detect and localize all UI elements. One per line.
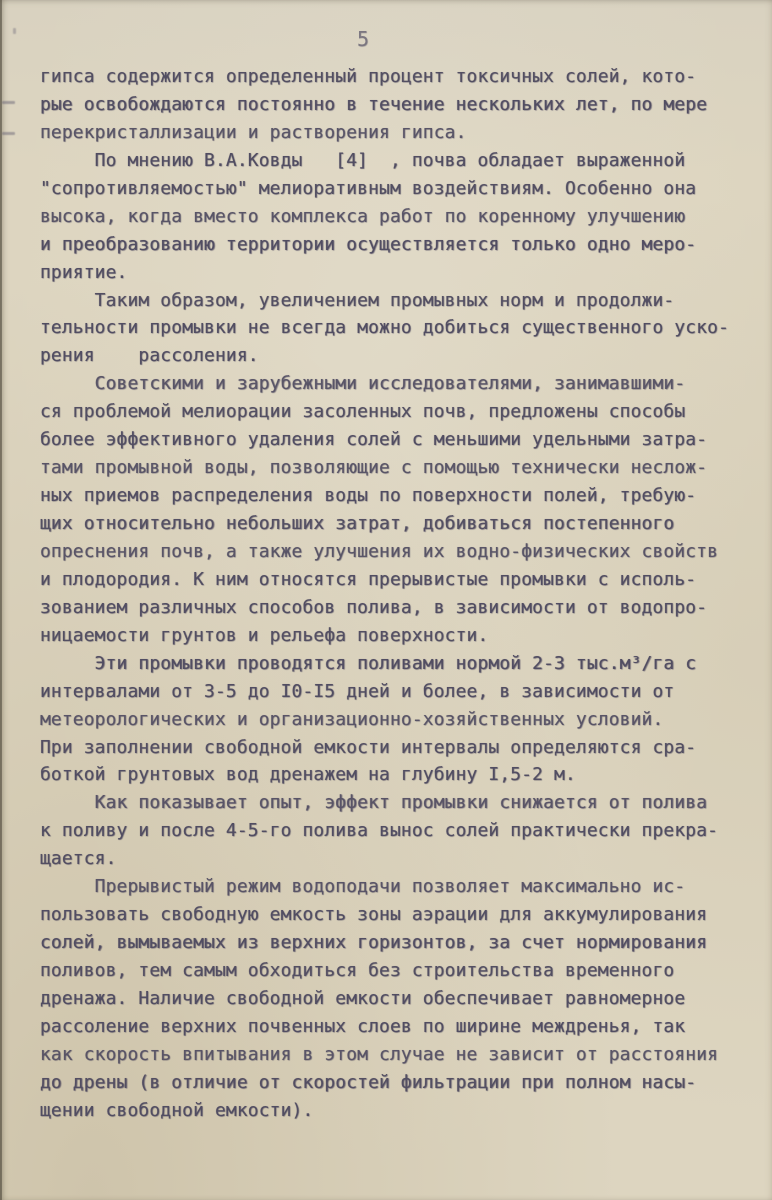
text-line: и плодородия. К ним относятся прерывисты… — [40, 566, 740, 594]
text-line: более эффективного удаления солей с мень… — [40, 426, 740, 454]
text-line: пользовать свободную емкость зоны аэраци… — [40, 901, 740, 929]
text-line: При заполнении свободной емкости интерва… — [40, 734, 740, 762]
text-line: рения рассоления. — [40, 342, 740, 370]
text-line: щих относительно небольших затрат, добив… — [40, 510, 740, 538]
text-line: приятие. — [40, 259, 740, 287]
text-line: как скорость впитывания в этом случае не… — [40, 1041, 740, 1069]
typewritten-text-block: гипса содержится определенный процент то… — [40, 63, 740, 1125]
text-line: боткой грунтовых вод дренажем на глубину… — [40, 761, 740, 789]
text-line: рые освобождаются постоянно в течение не… — [40, 91, 740, 119]
text-line: ся проблемой мелиорации засоленных почв,… — [40, 398, 740, 426]
text-line: к поливу и после 4-5-го полива вынос сол… — [40, 817, 740, 845]
text-line: метеорологических и организационно-хозяй… — [40, 706, 740, 734]
text-line: ницаемости грунтов и рельефа поверхности… — [40, 622, 740, 650]
text-line: до дрены (в отличие от скоростей фильтра… — [40, 1069, 740, 1097]
text-line: дренажа. Наличие свободной емкости обесп… — [40, 985, 740, 1013]
scan-edge-shadow — [0, 0, 2, 1200]
text-line: рассоление верхних почвенных слоев по ши… — [40, 1013, 740, 1041]
text-line: Эти промывки проводятся поливами нормой … — [40, 650, 740, 678]
text-line: солей, вымываемых из верхних горизонтов,… — [40, 929, 740, 957]
margin-mark — [2, 132, 15, 135]
ink-speck — [13, 28, 16, 34]
text-line: поливов, тем самым обходиться без строит… — [40, 957, 740, 985]
scanned-typewritten-page: 5 гипса содержится определенный процент … — [0, 0, 772, 1200]
text-line: По мнению В.А.Ковды [4] , почва обладает… — [40, 147, 740, 175]
text-line: высока, когда вместо комплекса работ по … — [40, 203, 740, 231]
margin-mark — [2, 101, 15, 104]
text-line: гипса содержится определенный процент то… — [40, 63, 740, 91]
text-line: интервалами от 3-5 до I0-I5 дней и более… — [40, 678, 740, 706]
text-line: Советскими и зарубежными исследователями… — [40, 370, 740, 398]
page-number: 5 — [357, 27, 369, 51]
text-line: тельности промывки не всегда можно добит… — [40, 314, 740, 342]
text-line: зованием различных способов полива, в за… — [40, 594, 740, 622]
text-line: ных приемов распределения воды по поверх… — [40, 482, 740, 510]
text-line: щении свободной емкости). — [40, 1097, 740, 1125]
text-line: тами промывной воды, позволяющие с помощ… — [40, 454, 740, 482]
text-line: щается. — [40, 845, 740, 873]
text-line: Прерывистый режим водоподачи позволяет м… — [40, 873, 740, 901]
text-line: опреснения почв, а также улучшения их во… — [40, 538, 740, 566]
text-line: и преобразованию территории осуществляет… — [40, 231, 740, 259]
text-line: "сопротивляемостью" мелиоративным воздей… — [40, 175, 740, 203]
text-line: Таким образом, увеличением промывных нор… — [40, 287, 740, 315]
text-line: Как показывает опыт, эффект промывки сни… — [40, 789, 740, 817]
text-line: перекристаллизации и растворения гипса. — [40, 119, 740, 147]
